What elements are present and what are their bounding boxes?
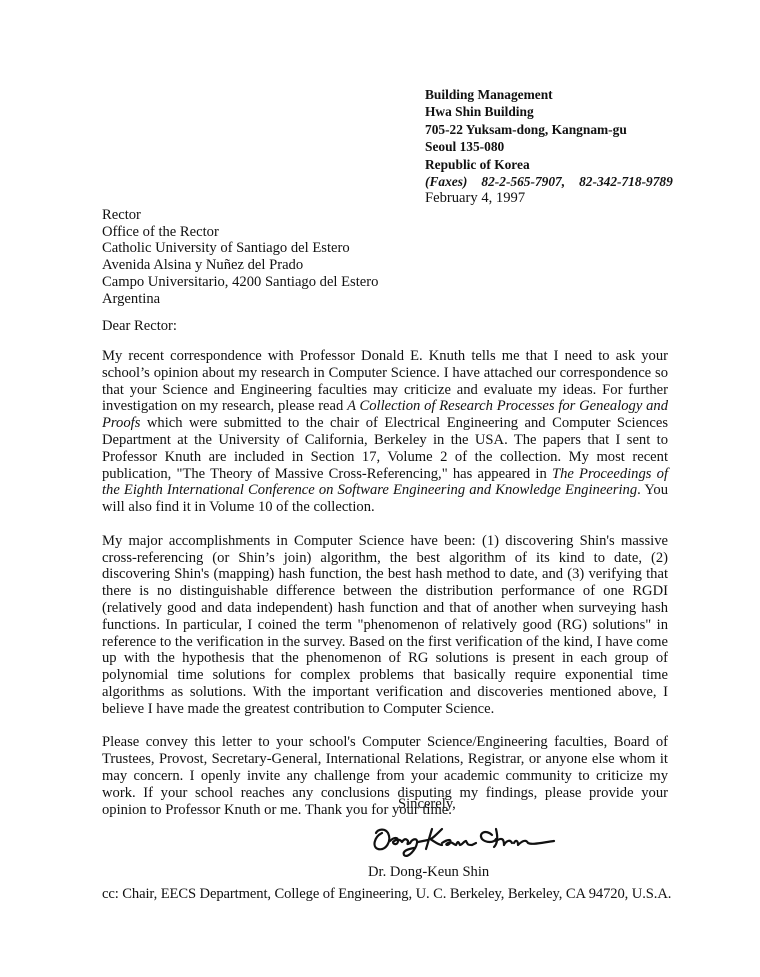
recipient-line-university: Catholic University of Santiago del Este… xyxy=(102,240,378,257)
fax-label: (Faxes) xyxy=(425,173,467,190)
letter-page: Building Management Hwa Shin Building 70… xyxy=(0,0,760,977)
letterhead-line-organization: Building Management xyxy=(425,86,673,103)
body-paragraph-2: My major accomplishments in Computer Sci… xyxy=(102,533,668,718)
letterhead-line-country: Republic of Korea xyxy=(425,156,673,173)
salutation: Dear Rector: xyxy=(102,317,177,337)
recipient-line-country: Argentina xyxy=(102,291,378,308)
letterhead-line-building: Hwa Shin Building xyxy=(425,103,673,120)
recipient-line-office: Office of the Rector xyxy=(102,224,378,241)
letterhead-line-city: Seoul 135-080 xyxy=(425,138,673,155)
letterhead-fax-line: (Faxes)82-2-565-7907,82-342-718-9789 xyxy=(425,173,673,190)
body-paragraph-3: Please convey this letter to your school… xyxy=(102,734,668,818)
recipient-line-street: Avenida Alsina y Nuñez del Prado xyxy=(102,257,378,274)
fax-number-2: 82-342-718-9789 xyxy=(579,173,673,190)
signer-name: Dr. Dong-Keun Shin xyxy=(368,863,489,883)
handwritten-signature-icon xyxy=(368,815,568,865)
body-paragraph-1: My recent correspondence with Professor … xyxy=(102,348,668,516)
carbon-copy-line: cc: Chair, EECS Department, College of E… xyxy=(102,885,671,905)
recipient-line-title: Rector xyxy=(102,207,378,224)
closing: Sincerely, xyxy=(398,795,456,815)
letterhead-line-street: 705-22 Yuksam-dong, Kangnam-gu xyxy=(425,121,673,138)
letter-body: My recent correspondence with Professor … xyxy=(102,348,668,835)
recipient-address: Rector Office of the Rector Catholic Uni… xyxy=(102,207,378,307)
recipient-line-campus: Campo Universitario, 4200 Santiago del E… xyxy=(102,274,378,291)
fax-number-1: 82-2-565-7907, xyxy=(481,173,565,190)
sender-letterhead: Building Management Hwa Shin Building 70… xyxy=(425,86,673,190)
letter-date: February 4, 1997 xyxy=(425,189,525,209)
